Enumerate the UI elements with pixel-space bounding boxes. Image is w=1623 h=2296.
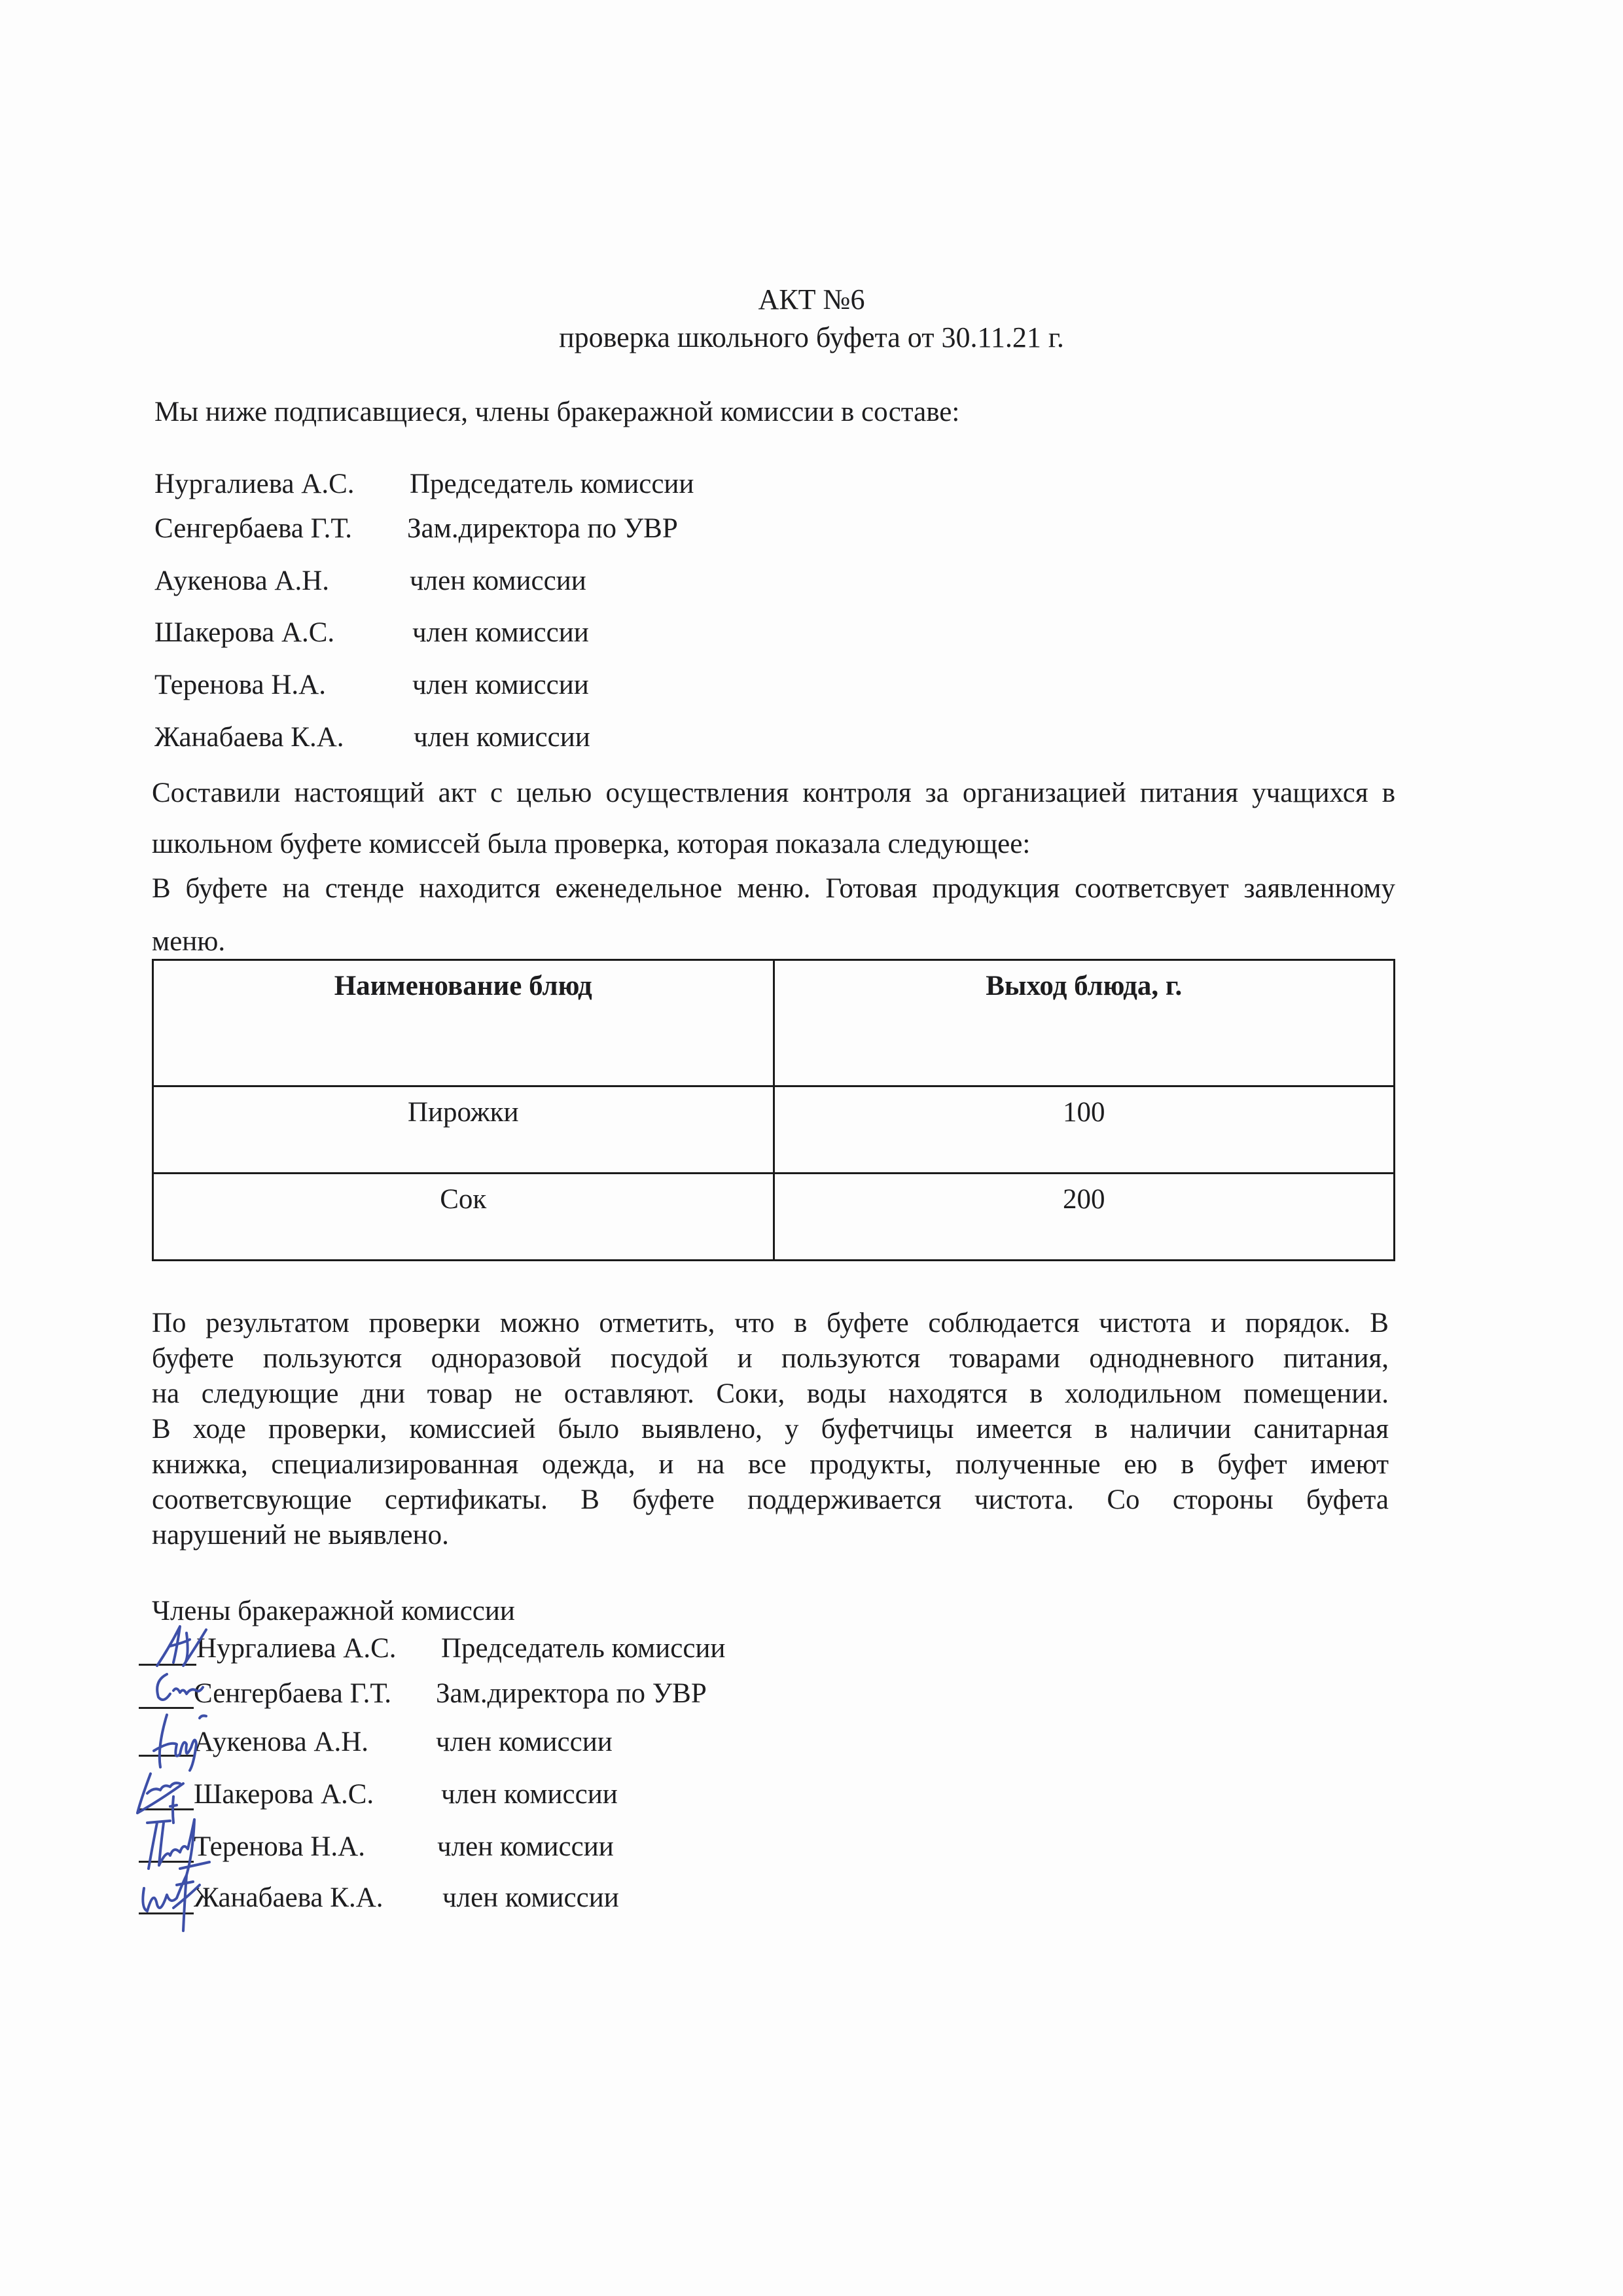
paragraph-line: соответсвующие сертификаты. В буфете под… <box>152 1486 1389 1514</box>
dish-yield-cell: 200 <box>774 1174 1395 1261</box>
signer-name: Нургалиева А.С. <box>196 1634 397 1662</box>
signer-role: член комиссии <box>441 1780 618 1808</box>
paragraph-line: Составили настоящий акт с целью осуществ… <box>152 779 1395 807</box>
signature-aukenova-icon <box>144 1708 209 1774</box>
paragraph-line: книжка, специализированная одежда, и на … <box>152 1450 1389 1479</box>
paragraph-line: буфете пользуются одноразовой посудой и … <box>152 1344 1389 1372</box>
column-header-yield: Выход блюда, г. <box>774 960 1395 1086</box>
paragraph-line: В ходе проверки, комиссией было выявлено… <box>152 1415 1389 1443</box>
dish-yield-cell: 100 <box>774 1086 1395 1174</box>
signer-role: член комиссии <box>442 1884 619 1912</box>
dish-name-cell: Пирожки <box>153 1086 774 1174</box>
signer-name: Жанабаева К.А. <box>194 1884 383 1912</box>
signer-name: Аукенова А.Н. <box>194 1728 368 1756</box>
document-subtitle: проверка школьного буфета от 30.11.21 г. <box>0 321 1623 354</box>
commission-member-name: Шакерова А.С. <box>154 619 334 647</box>
commission-member-role: член комиссии <box>412 671 589 699</box>
paragraph-line: меню. <box>152 927 1395 956</box>
findings-paragraph: По результатом проверки можно отметить, … <box>152 1309 1389 1549</box>
signature-sengerbaeva-icon <box>151 1668 209 1707</box>
dish-name-cell: Сок <box>153 1174 774 1261</box>
commission-member-name: Аукенова А.Н. <box>154 567 329 595</box>
commission-member-name: Теренова Н.А. <box>154 671 326 699</box>
paragraph-line: нарушений не выявлено. <box>152 1521 1389 1549</box>
commission-member-role: член комиссии <box>410 567 586 595</box>
paragraph-line: По результатом проверки можно отметить, … <box>152 1309 1389 1337</box>
commission-member-role: член комиссии <box>412 619 589 647</box>
commission-member-role: Председатель комиссии <box>410 470 694 498</box>
paragraph-line: школьном буфете комиссей была проверка, … <box>152 830 1395 858</box>
commission-member-name: Сенгербаева Г.Т. <box>154 514 352 543</box>
signature-nurgalieva-icon <box>151 1620 209 1672</box>
signature-zhanabaeva-icon <box>137 1869 209 1934</box>
column-header-dish: Наименование блюд <box>153 960 774 1086</box>
table-row: Сок 200 <box>153 1174 1395 1261</box>
intro-text: Мы ниже подписавщиеся, члены бракеражной… <box>154 398 959 426</box>
dish-table: Наименование блюд Выход блюда, г. Пирожк… <box>152 959 1395 1261</box>
signer-name: Теренова Н.А. <box>194 1833 365 1861</box>
document-title: АКТ №6 <box>0 283 1623 316</box>
signer-role: член комиссии <box>436 1728 613 1756</box>
signer-name: Сенгербаева Г.Т. <box>194 1679 391 1708</box>
signer-role: Председатель комиссии <box>441 1634 725 1662</box>
paragraph-line: В буфете на стенде находится еженедельно… <box>152 874 1395 903</box>
commission-member-name: Нургалиева А.С. <box>154 470 355 498</box>
commission-member-name: Жанабаева К.А. <box>154 723 344 751</box>
purpose-paragraph: Составили настоящий акт с целью осуществ… <box>152 779 1395 858</box>
menu-note-paragraph: В буфете на стенде находится еженедельно… <box>152 874 1395 956</box>
commission-member-role: Зам.директора по УВР <box>407 514 678 543</box>
paragraph-line: на следующие дни товар не оставляют. Сок… <box>152 1380 1389 1408</box>
table-header-row: Наименование блюд Выход блюда, г. <box>153 960 1395 1086</box>
signer-role: член комиссии <box>437 1833 614 1861</box>
signer-name: Шакерова А.С. <box>194 1780 374 1808</box>
table-row: Пирожки 100 <box>153 1086 1395 1174</box>
commission-member-role: член комиссии <box>414 723 590 751</box>
signer-role: Зам.директора по УВР <box>436 1679 707 1708</box>
